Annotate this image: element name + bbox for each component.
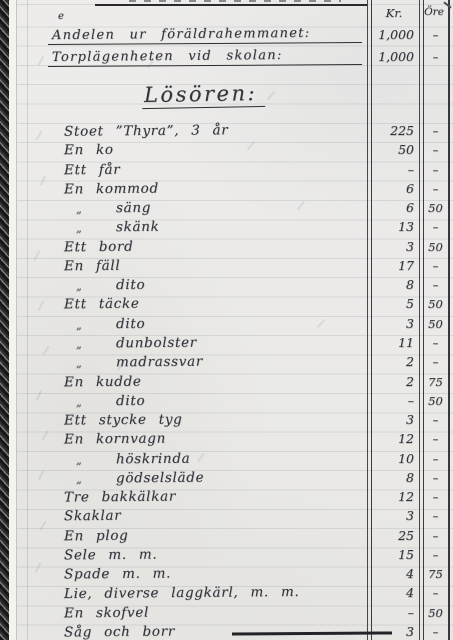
ore-value: 50 [423, 238, 448, 256]
bleedthrough-mark [38, 470, 44, 481]
entry-label: Ett bord [64, 237, 134, 256]
ore-value: – [423, 450, 448, 468]
kr-value: 25 [368, 527, 414, 545]
item-row: Tre bakkälkar12– [0, 488, 453, 508]
kr-value: – [368, 604, 414, 622]
ore-value: – [423, 411, 448, 429]
kr-value: 1,000 [368, 26, 414, 44]
margin-rule [27, 0, 28, 640]
kr-value: 10 [368, 450, 414, 468]
kr-value: 6 [368, 199, 414, 217]
kr-value: 17 [368, 257, 414, 275]
entry-label: En fäll [64, 257, 121, 275]
entry-label: skänk [116, 218, 160, 236]
ore-value: 50 [423, 315, 448, 333]
ditto-mark: „ [76, 394, 82, 412]
ore-value: – [423, 334, 448, 352]
kr-value: 12 [368, 488, 414, 506]
ore-value: – [423, 353, 448, 371]
entry-label: Lie, diverse laggkärl, m. m. [64, 583, 300, 603]
entry-label: dito [116, 276, 145, 294]
ditto-mark: „ [76, 452, 82, 470]
ore-value: 50 [423, 392, 448, 410]
entry-label: Torplägenheten vid skolan: [52, 47, 283, 67]
bleedthrough-mark [117, 360, 124, 370]
ore-value: 75 [423, 373, 448, 391]
entry-label: höskrinda [116, 449, 191, 468]
kr-column-rule-outer [367, 0, 368, 640]
ore-value: – [423, 527, 448, 545]
item-row: Ett får–– [0, 161, 453, 181]
ore-value: – [423, 546, 448, 564]
item-row: En kornvagn12– [0, 430, 453, 450]
bleedthrough-mark [247, 141, 255, 150]
kr-value: 11 [368, 334, 414, 352]
ditto-mark: „ [76, 471, 82, 489]
ore-value: – [423, 180, 448, 198]
item-row: „dunbolster11– [0, 334, 453, 354]
entry-underline [48, 64, 362, 67]
item-row: Lie, diverse laggkärl, m. m.4– [0, 584, 453, 604]
item-row: „säng650 [0, 199, 453, 219]
item-row: Sele m. m.15– [0, 546, 453, 566]
kr-value: 15 [368, 546, 414, 564]
ditto-mark: „ [76, 355, 82, 373]
ore-value: 50 [423, 199, 448, 217]
ore-value: – [423, 430, 448, 448]
kr-value: 3 [368, 315, 414, 333]
bleedthrough-mark [38, 55, 45, 65]
ditto-mark: „ [76, 278, 82, 296]
section-heading: Lösören: [142, 81, 266, 109]
item-row: Spade m. m.475 [0, 565, 453, 585]
item-row: „dito–50 [0, 392, 453, 412]
bleedthrough-mark [197, 453, 205, 463]
bleedthrough-mark [267, 91, 275, 100]
ditto-mark: „ [76, 220, 82, 238]
kr-value: 8 [368, 276, 414, 294]
ditto-mark: „ [76, 201, 82, 219]
entry-label: En kornvagn [64, 430, 166, 449]
kr-value: – [368, 161, 414, 179]
ore-value: 50 [423, 604, 448, 622]
asset-row: Torplägenheten vid skolan:1,000– [0, 48, 453, 68]
entry-label: gödselsläde [116, 468, 204, 487]
entry-label: Såg och borr [64, 623, 175, 640]
kr-column-rule-inner [371, 0, 372, 640]
ore-value: – [423, 122, 448, 140]
kr-value: – [368, 392, 414, 410]
item-row: „dito8– [0, 276, 453, 296]
item-row: „skänk13– [0, 218, 453, 238]
stray-mark: e [58, 11, 64, 22]
item-row: En skofvel–50 [0, 604, 453, 624]
entry-label: säng [116, 199, 151, 217]
item-row: Ett bord350 [0, 238, 453, 258]
ore-value: – [423, 623, 448, 640]
item-row: En ko50– [0, 141, 453, 161]
bleedthrough-mark [41, 430, 48, 440]
entry-label: En skofvel [64, 603, 149, 622]
ore-value: – [423, 141, 448, 159]
entry-underline [48, 42, 362, 45]
ore-value: 75 [423, 565, 448, 583]
entry-label: madrassvar [116, 353, 203, 372]
item-row: Skaklar3– [0, 507, 453, 527]
ledger-page: e Kr. Öre Andelen ur föräldrahemmanet:1,… [0, 0, 453, 640]
kr-value: 2 [368, 353, 414, 371]
ore-value: – [423, 257, 448, 275]
entry-label: dunbolster [116, 334, 197, 353]
entry-label: Sele m. m. [64, 546, 157, 565]
item-row: En kudde275 [0, 373, 453, 393]
ore-value: – [423, 218, 448, 236]
ore-value: – [423, 48, 448, 66]
kr-value: 3 [368, 411, 414, 429]
closing-rule [232, 631, 392, 635]
book-binding-edge [0, 0, 9, 640]
entry-label: Spade m. m. [64, 565, 171, 584]
kr-value: 6 [368, 180, 414, 198]
column-header-kr: Kr. [371, 6, 417, 20]
kr-value: 4 [368, 565, 414, 583]
bleedthrough-mark [36, 390, 42, 401]
kr-value: 3 [368, 238, 414, 256]
entry-label: Ett stycke tyg [64, 411, 183, 430]
kr-value: 225 [368, 122, 414, 140]
ore-value: – [423, 276, 448, 294]
kr-value: 5 [368, 295, 414, 313]
bleedthrough-mark [297, 201, 305, 211]
kr-value: 13 [368, 218, 414, 236]
bleedthrough-mark [40, 175, 46, 186]
kr-value: 1,000 [368, 48, 414, 66]
right-border-rule [448, 0, 450, 640]
bleedthrough-mark [38, 300, 44, 311]
ditto-mark: „ [76, 336, 82, 354]
entry-label: Ett får [64, 160, 121, 178]
item-row: Ett stycke tyg3– [0, 411, 453, 431]
entry-label: Ett täcke [64, 295, 140, 314]
bleedthrough-mark [39, 520, 46, 530]
bleedthrough-mark [33, 250, 40, 260]
bleedthrough-mark [317, 319, 326, 328]
bleedthrough-mark [147, 59, 155, 69]
entry-label: Tre bakkälkar [64, 488, 176, 507]
column-header-ore: Öre [421, 6, 447, 18]
entry-label: En ko [64, 141, 114, 159]
ore-value: – [423, 26, 448, 44]
ditto-mark: „ [76, 317, 82, 335]
ore-column-rule-inner [423, 0, 424, 640]
ore-value: – [423, 161, 448, 179]
item-row: „höskrinda10– [0, 450, 453, 470]
bleedthrough-mark [42, 345, 49, 355]
entry-label: En plog [64, 526, 129, 545]
item-row: Ett täcke550 [0, 295, 453, 315]
kr-value: 2 [368, 373, 414, 391]
asset-row: Andelen ur föräldrahemmanet:1,000– [0, 26, 453, 46]
kr-value: 8 [368, 469, 414, 487]
entry-label: Skaklar [64, 507, 122, 526]
entry-label: Stoet ”Thyra”, 3 år [64, 121, 229, 140]
bleedthrough-mark [35, 562, 41, 573]
kr-value: 12 [368, 430, 414, 448]
kr-value: 3 [368, 507, 414, 525]
ore-value: – [423, 507, 448, 525]
entry-label: dito [116, 315, 145, 333]
entry-label: dito [116, 392, 145, 410]
entry-label: Andelen ur föräldrahemmanet: [52, 25, 311, 45]
cutoff-title-underline [95, 0, 367, 6]
ore-value: 50 [423, 295, 448, 313]
item-row: En plog25– [0, 527, 453, 547]
ore-column-rule-outer [419, 0, 420, 640]
ore-value: – [423, 584, 448, 602]
ore-value: – [423, 469, 448, 487]
item-row: En fäll17– [0, 257, 453, 277]
item-row: Stoet ”Thyra”, 3 år225– [0, 122, 453, 142]
entry-label: En kommod [64, 179, 159, 198]
item-row: „gödselsläde8– [0, 469, 453, 489]
kr-value: 4 [368, 584, 414, 602]
item-row: „dito350 [0, 315, 453, 335]
entry-label: En kudde [64, 372, 142, 391]
bleedthrough-mark [35, 130, 42, 140]
item-row: „madrassvar2– [0, 353, 453, 373]
item-row: En kommod6– [0, 180, 453, 200]
ore-value: – [423, 488, 448, 506]
page-edge [9, 0, 17, 640]
kr-value: 50 [368, 141, 414, 159]
